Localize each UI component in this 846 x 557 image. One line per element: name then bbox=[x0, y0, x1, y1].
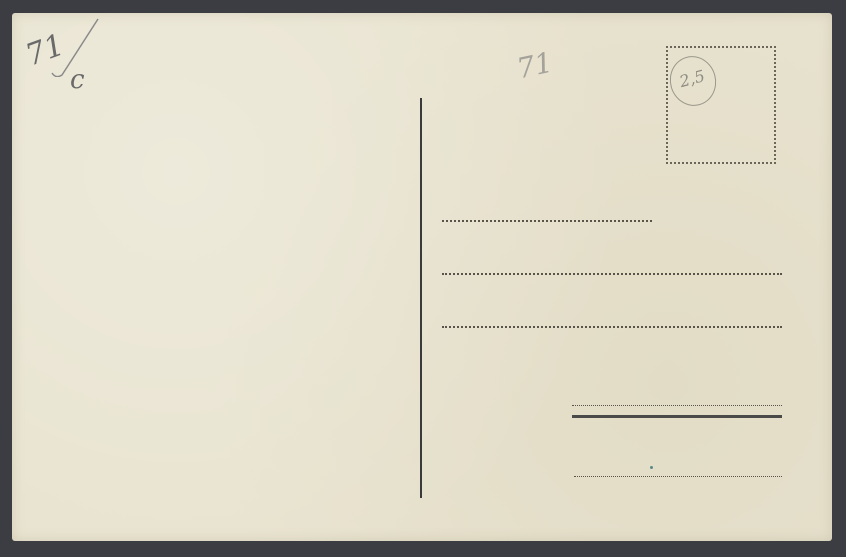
circled-note-text: 2,5 bbox=[677, 66, 707, 91]
ink-speck bbox=[650, 466, 653, 469]
address-line-3 bbox=[442, 326, 782, 328]
address-line-1 bbox=[442, 220, 652, 222]
center-divider-line bbox=[420, 98, 422, 498]
postcard-back: 71 c 71 2,5 bbox=[12, 13, 832, 541]
address-underline-heavy bbox=[572, 415, 782, 418]
circled-pencil-note: 2,5 bbox=[664, 51, 721, 111]
pencil-note-top-center: 71 bbox=[514, 46, 556, 86]
pencil-note-letter: c bbox=[70, 65, 85, 95]
address-line-4 bbox=[572, 405, 782, 406]
address-line-2 bbox=[442, 273, 782, 275]
stamp-box: 2,5 bbox=[666, 46, 776, 164]
address-line-5 bbox=[574, 476, 782, 477]
